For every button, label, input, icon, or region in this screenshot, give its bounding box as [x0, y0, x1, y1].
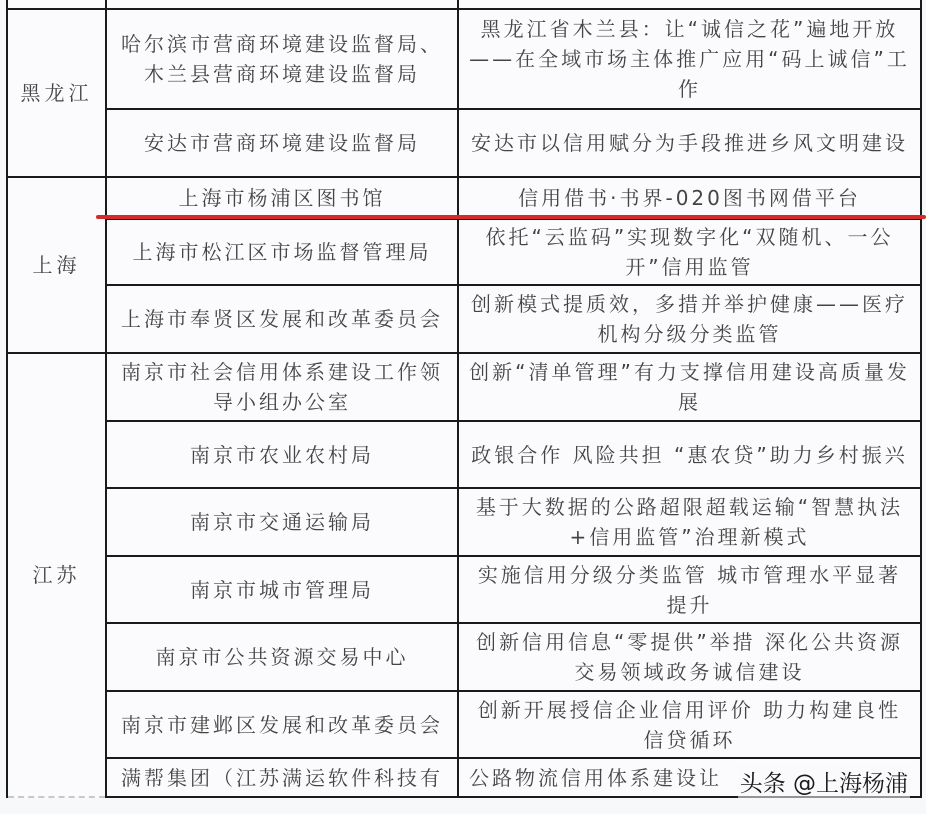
unit-cell: 满帮集团（江苏满运软件科技有 [106, 758, 458, 797]
unit-cell: 南京市城市管理局 [106, 556, 458, 623]
case-cell: 创新“清单管理”有力支撑信用建设高质量发展 [458, 353, 921, 421]
table-row: 南京市农业农村局 政银合作 风险共担 “惠农贷”助力乡村振兴 [7, 421, 921, 488]
watermark: 头条 @上海杨浦 [738, 765, 910, 798]
case-cell: 依托“云监码”实现数字化“双随机、一公开”信用监管 [458, 219, 921, 285]
case-cell: 创新模式提质效，多措并举护健康——医疗机构分级分类监管 [458, 285, 921, 353]
unit-cell: 南京市建邺区发展和改革委员会 [106, 691, 458, 758]
case-cell: 基于大数据的公路超限超载运输“智慧执法+信用监管”治理新模式 [458, 488, 921, 556]
province-cell-jiangsu: 江苏 [7, 353, 106, 797]
unit-cell: 安达市营商环境建设监督局 [106, 109, 458, 177]
table-row: 上海市松江区市场监督管理局 依托“云监码”实现数字化“双随机、一公开”信用监管 [7, 219, 921, 285]
table-row: 南京市交通运输局 基于大数据的公路超限超载运输“智慧执法+信用监管”治理新模式 [7, 488, 921, 556]
table-row: 南京市建邺区发展和改革委员会 创新开展授信企业信用评价 助力构建良性信贷循环 [7, 691, 921, 758]
unit-cell: 哈尔滨市营商环境建设监督局、木兰县营商环境建设监督局 [106, 9, 458, 109]
province-cell-shanghai: 上海 [7, 177, 106, 353]
unit-cell: 南京市公共资源交易中心 [106, 623, 458, 691]
province-cell-heilongjiang: 黑龙江 [7, 9, 106, 177]
table-row: 南京市公共资源交易中心 创新信用信息“零提供”举措 深化公共资源交易领域政务诚信… [7, 623, 921, 691]
table-row: 安达市营商环境建设监督局 安达市以信用赋分为手段推进乡风文明建设 [7, 109, 921, 177]
unit-cell: 南京市交通运输局 [106, 488, 458, 556]
unit-cell: 上海市杨浦区图书馆 [106, 177, 458, 219]
table-row: 黑龙江 哈尔滨市营商环境建设监督局、木兰县营商环境建设监督局 黑龙江省木兰县：让… [7, 9, 921, 109]
case-cell: 信用借书·书界-020图书网借平台 [458, 177, 921, 219]
highlight-underline [96, 215, 926, 219]
case-cell [458, 0, 921, 9]
table-row: 上海市奉贤区发展和改革委员会 创新模式提质效，多措并举护健康——医疗机构分级分类… [7, 285, 921, 353]
table-row: 南京市城市管理局 实施信用分级分类监管 城市管理水平显著提升 [7, 556, 921, 623]
table-row: 江苏 南京市社会信用体系建设工作领导小组办公室 创新“清单管理”有力支撑信用建设… [7, 353, 921, 421]
province-cell [7, 0, 106, 9]
case-cell: 黑龙江省木兰县：让“诚信之花”遍地开放——在全域市场主体推广应用“码上诚信”工作 [458, 9, 921, 109]
case-cell: 政银合作 风险共担 “惠农贷”助力乡村振兴 [458, 421, 921, 488]
unit-cell [106, 0, 458, 9]
table-row-highlighted: 上海 上海市杨浦区图书馆 信用借书·书界-020图书网借平台 [7, 177, 921, 219]
case-cell: 创新开展授信企业信用评价 助力构建良性信贷循环 [458, 691, 921, 758]
unit-cell: 上海市奉贤区发展和改革委员会 [106, 285, 458, 353]
case-cell: 创新信用信息“零提供”举措 深化公共资源交易领域政务诚信建设 [458, 623, 921, 691]
unit-cell: 南京市社会信用体系建设工作领导小组办公室 [106, 353, 458, 421]
case-cell: 实施信用分级分类监管 城市管理水平显著提升 [458, 556, 921, 623]
case-cell: 安达市以信用赋分为手段推进乡风文明建设 [458, 109, 921, 177]
unit-cell: 南京市农业农村局 [106, 421, 458, 488]
unit-cell: 上海市松江区市场监督管理局 [106, 219, 458, 285]
credit-cases-table: 黑龙江 哈尔滨市营商环境建设监督局、木兰县营商环境建设监督局 黑龙江省木兰县：让… [6, 0, 922, 798]
table-row-top-partial [7, 0, 921, 9]
